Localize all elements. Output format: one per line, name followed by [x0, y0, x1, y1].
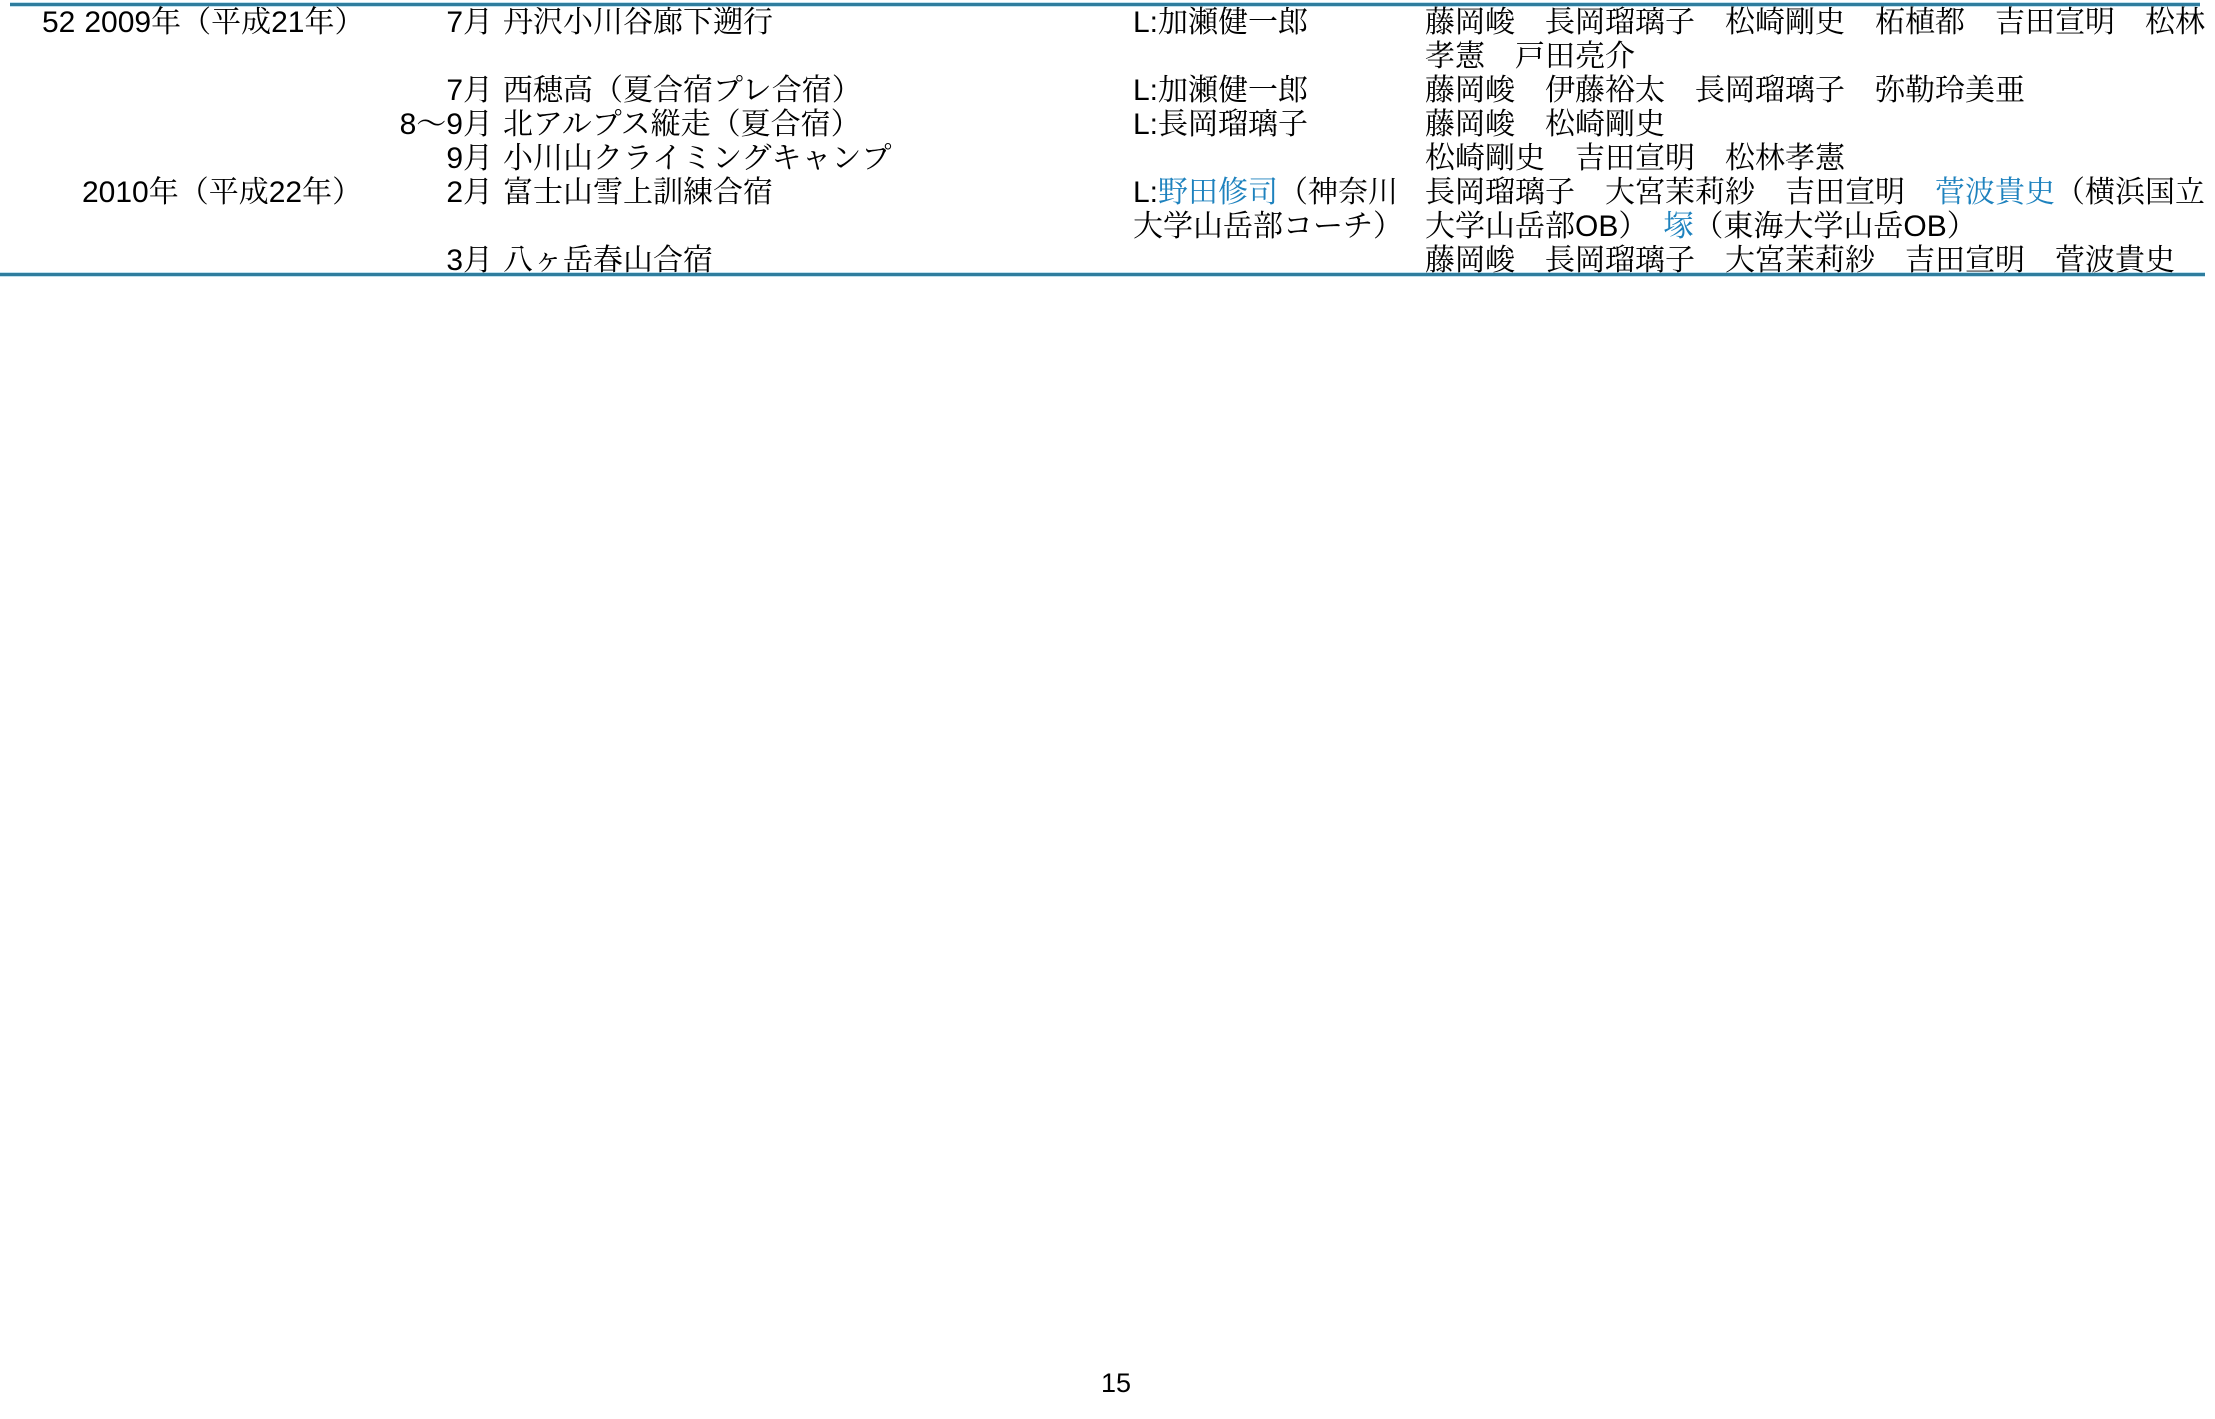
leader-line: L:加瀬健一郎: [1133, 74, 1425, 108]
leader-line: 大学山岳部コーチ）: [1133, 210, 1425, 244]
text-segment: 富士山雪上訓練合宿: [503, 176, 773, 209]
text-segment: 藤岡峻 長岡瑠璃子 松崎剛史 柘植都 吉田宣明 松林: [1425, 6, 2205, 39]
month-cell: 9月: [372, 142, 493, 176]
year-cell: 522009年（平成21年）: [42, 6, 372, 40]
activity-table: 522009年（平成21年）7月丹沢小川谷廊下遡行L:加瀬健一郎藤岡峻 長岡瑠璃…: [0, 6, 2200, 278]
leader-line: L:野田修司（神奈川: [1133, 176, 1425, 210]
text-segment: 孝憲 戸田亮介: [1425, 40, 1635, 73]
month-cell: 2月: [372, 176, 493, 210]
text-segment: 松崎剛史 吉田宣明 松林孝憲: [1425, 142, 1845, 175]
text-segment: 丹沢小川谷廊下遡行: [503, 6, 773, 39]
table-row: 3月八ヶ岳春山合宿藤岡峻 長岡瑠璃子 大宮茉莉紗 吉田宣明 菅波貴史: [42, 244, 2200, 278]
text-segment: 北アルプス縦走（夏合宿）: [503, 108, 861, 141]
activity-cell: 北アルプス縦走（夏合宿）: [493, 108, 1133, 142]
activity-cell: 小川山クライミングキャンプ: [493, 142, 1133, 176]
members-line: 松崎剛史 吉田宣明 松林孝憲: [1425, 142, 2200, 176]
activity-line: 北アルプス縦走（夏合宿）: [503, 108, 1133, 142]
table-row: 7月西穂高（夏合宿プレ合宿）L:加瀬健一郎藤岡峻 伊藤裕太 長岡瑠璃子 弥勒玲美…: [42, 74, 2200, 108]
activity-cell: 富士山雪上訓練合宿: [493, 176, 1133, 210]
members-line: 藤岡峻 松崎剛史: [1425, 108, 2200, 142]
members-cell: 藤岡峻 長岡瑠璃子 松崎剛史 柘植都 吉田宣明 松林孝憲 戸田亮介: [1425, 6, 2200, 74]
activity-line: 西穂高（夏合宿プレ合宿）: [503, 74, 1133, 108]
table-row: 522009年（平成21年）7月丹沢小川谷廊下遡行L:加瀬健一郎藤岡峻 長岡瑠璃…: [42, 6, 2200, 74]
members-cell: 長岡瑠璃子 大宮茉莉紗 吉田宣明 菅波貴史（横浜国立大学山岳部OB） 塚（東海大…: [1425, 176, 2200, 244]
text-segment: 八ヶ岳春山合宿: [503, 244, 713, 277]
members-cell: 松崎剛史 吉田宣明 松林孝憲: [1425, 142, 2200, 176]
members-line: 藤岡峻 伊藤裕太 長岡瑠璃子 弥勒玲美亜: [1425, 74, 2200, 108]
leader-cell: L:加瀬健一郎: [1133, 6, 1425, 40]
text-segment: 西穂高（夏合宿プレ合宿）: [503, 74, 862, 107]
text-segment: 小川山クライミングキャンプ: [503, 142, 892, 175]
members-line: 孝憲 戸田亮介: [1425, 40, 2200, 74]
text-segment: L:加瀬健一郎: [1133, 74, 1308, 107]
text-segment: L:: [1133, 176, 1158, 209]
text-segment: 大学山岳部OB）: [1425, 210, 1663, 243]
month-cell: 7月: [372, 6, 493, 40]
activity-line: 八ヶ岳春山合宿: [503, 244, 1133, 278]
leader-cell: L:野田修司（神奈川大学山岳部コーチ）: [1133, 176, 1425, 244]
members-cell: 藤岡峻 松崎剛史: [1425, 108, 2200, 142]
leader-line: L:長岡瑠璃子: [1133, 108, 1425, 142]
activity-line: 小川山クライミングキャンプ: [503, 142, 1133, 176]
activity-cell: 西穂高（夏合宿プレ合宿）: [493, 74, 1133, 108]
person-link[interactable]: 野田修司: [1158, 176, 1278, 209]
text-segment: 藤岡峻 伊藤裕太 長岡瑠璃子 弥勒玲美亜: [1425, 74, 2025, 107]
year-label: 2010年（平成22年）: [82, 176, 362, 209]
table-row: 9月小川山クライミングキャンプ松崎剛史 吉田宣明 松林孝憲: [42, 142, 2200, 176]
text-segment: L:長岡瑠璃子: [1133, 108, 1308, 141]
document-page: 522009年（平成21年）7月丹沢小川谷廊下遡行L:加瀬健一郎藤岡峻 長岡瑠璃…: [0, 0, 2215, 1419]
year-label: 2009年（平成21年）: [84, 6, 364, 39]
members-line: 藤岡峻 長岡瑠璃子 大宮茉莉紗 吉田宣明 菅波貴史: [1425, 244, 2200, 278]
activity-line: 富士山雪上訓練合宿: [503, 176, 1133, 210]
month-cell: 8～9月: [372, 108, 493, 142]
text-segment: （横浜国立: [2055, 176, 2205, 209]
text-segment: 藤岡峻 松崎剛史: [1425, 108, 1665, 141]
table-row: 8～9月北アルプス縦走（夏合宿）L:長岡瑠璃子藤岡峻 松崎剛史: [42, 108, 2200, 142]
activity-cell: 丹沢小川谷廊下遡行: [493, 6, 1133, 40]
text-segment: （東海大学山岳OB）: [1693, 210, 1976, 243]
month-cell: 7月: [372, 74, 493, 108]
leader-cell: L:長岡瑠璃子: [1133, 108, 1425, 142]
text-segment: 藤岡峻 長岡瑠璃子 大宮茉莉紗 吉田宣明 菅波貴史: [1425, 244, 2175, 277]
year-cell: 2010年（平成22年）: [42, 176, 372, 210]
leader-line: L:加瀬健一郎: [1133, 6, 1425, 40]
text-segment: （神奈川: [1278, 176, 1398, 209]
members-line: 大学山岳部OB） 塚（東海大学山岳OB）: [1425, 210, 2200, 244]
text-segment: 長岡瑠璃子 大宮茉莉紗 吉田宣明: [1425, 176, 1935, 209]
members-line: 藤岡峻 長岡瑠璃子 松崎剛史 柘植都 吉田宣明 松林: [1425, 6, 2200, 40]
members-cell: 藤岡峻 長岡瑠璃子 大宮茉莉紗 吉田宣明 菅波貴史: [1425, 244, 2200, 278]
person-link[interactable]: 菅波貴史: [1935, 176, 2055, 209]
members-line: 長岡瑠璃子 大宮茉莉紗 吉田宣明 菅波貴史（横浜国立: [1425, 176, 2200, 210]
activity-line: 丹沢小川谷廊下遡行: [503, 6, 1133, 40]
page-number: 15: [1101, 1366, 1131, 1400]
row-number: 52: [42, 6, 75, 39]
text-segment: L:加瀬健一郎: [1133, 6, 1308, 39]
leader-cell: L:加瀬健一郎: [1133, 74, 1425, 108]
table-row: 2010年（平成22年）2月富士山雪上訓練合宿L:野田修司（神奈川大学山岳部コー…: [42, 176, 2200, 244]
text-segment: 大学山岳部コーチ）: [1133, 210, 1403, 243]
month-cell: 3月: [372, 244, 493, 278]
person-link[interactable]: 塚: [1663, 210, 1693, 243]
members-cell: 藤岡峻 伊藤裕太 長岡瑠璃子 弥勒玲美亜: [1425, 74, 2200, 108]
activity-cell: 八ヶ岳春山合宿: [493, 244, 1133, 278]
